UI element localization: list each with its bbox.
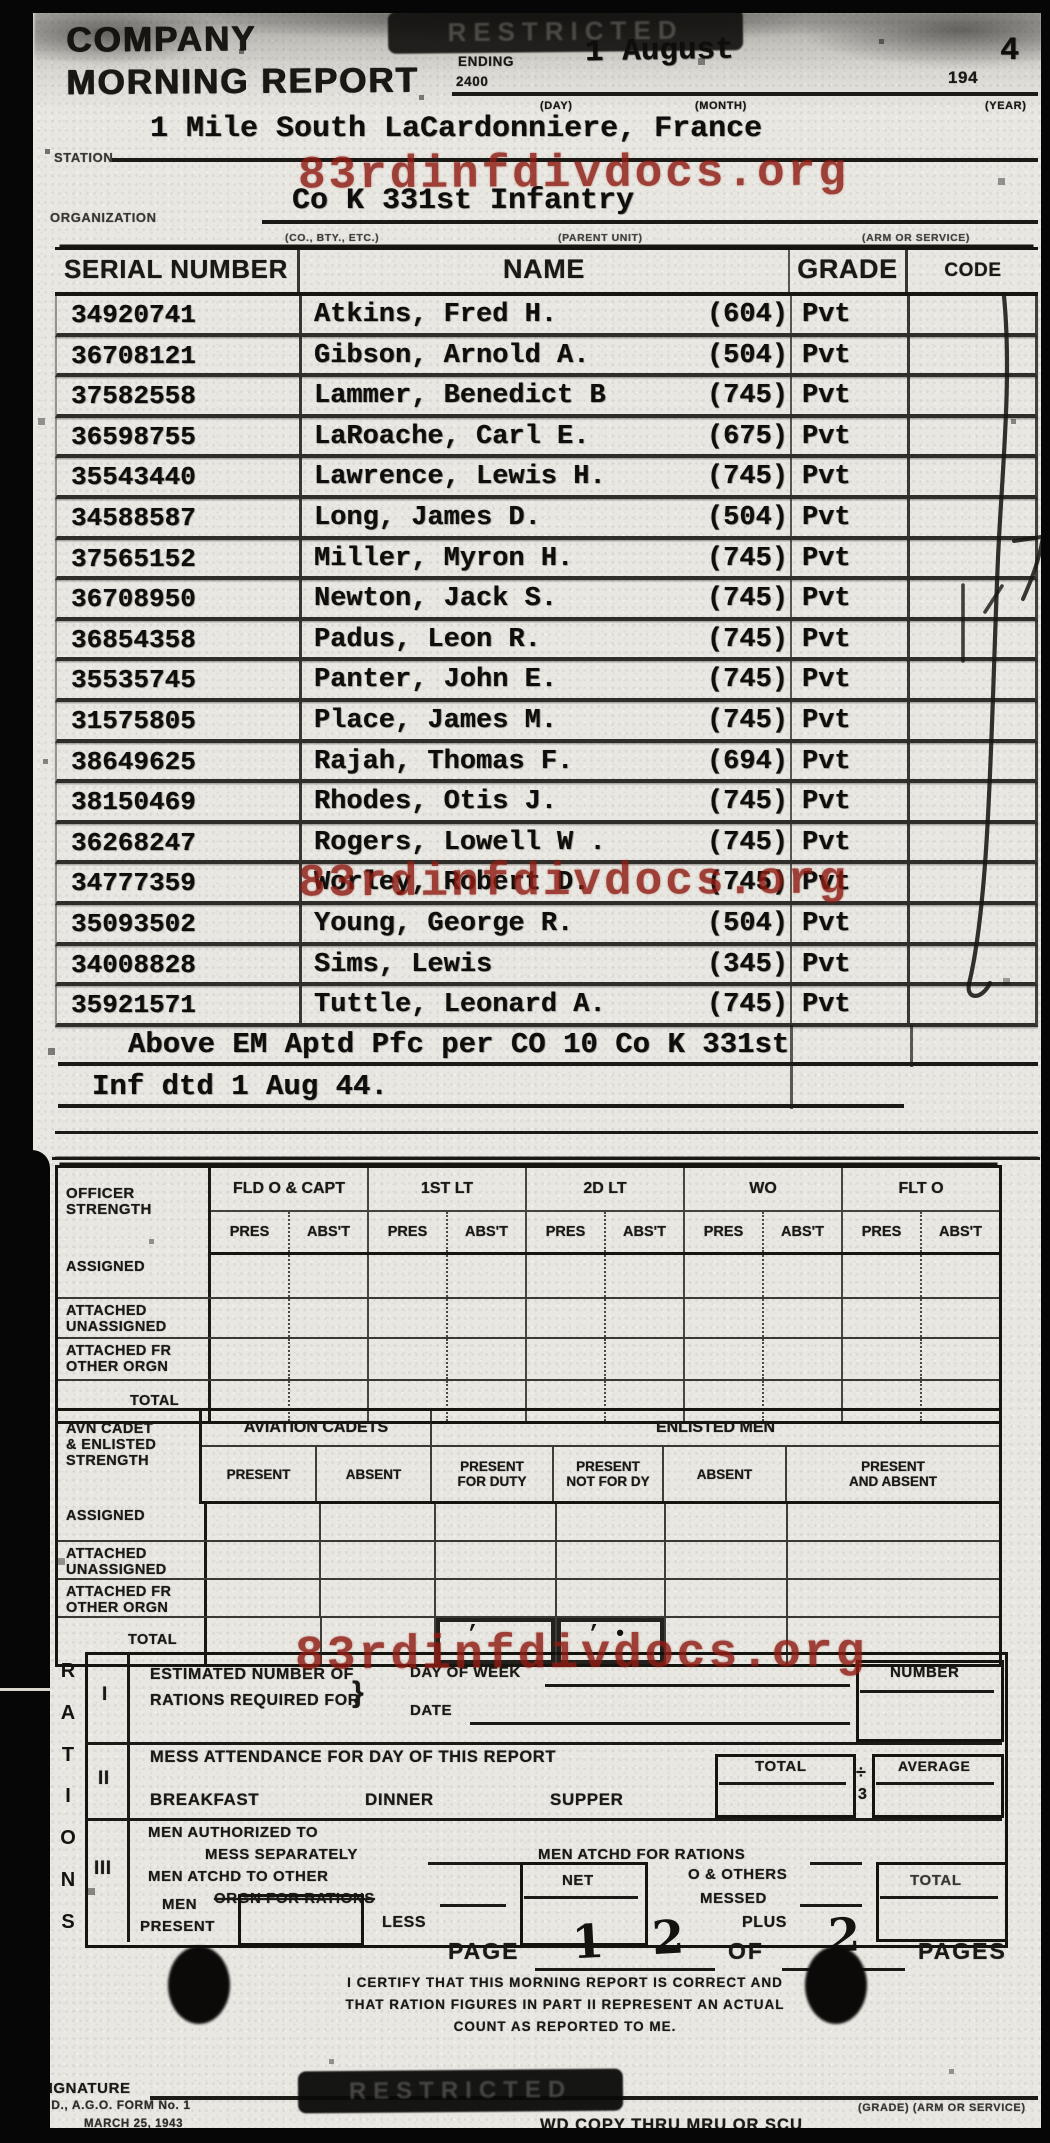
- rations3-less-label: LESS: [382, 1914, 426, 1932]
- soldier-name: Young, George R.(504): [302, 905, 792, 942]
- soldier-name: Rhodes, Otis J.(745): [302, 783, 792, 820]
- rations-vertical-letter: I: [56, 1785, 80, 1808]
- mos-spec-number: (745): [707, 580, 788, 618]
- rations-numeral-2: II: [98, 1768, 110, 1790]
- officer-data-cell: [922, 1299, 999, 1337]
- rations-vertical-letter: N: [56, 1869, 80, 1892]
- enlisted-men-header: ENLISTED MEN: [432, 1411, 999, 1445]
- morning-report-scan: RESTRICTED COMPANY MORNING REPORT ENDING…: [0, 0, 1050, 2143]
- officer-group-2: 1ST LT: [369, 1168, 527, 1210]
- officer-group-3: 2D LT: [527, 1168, 685, 1210]
- enlisted-row-assigned: ASSIGNED: [58, 1504, 999, 1542]
- grade-value: Pvt: [792, 946, 910, 983]
- rations-numeral-divider: [127, 1652, 130, 1942]
- mos-spec-number: (504): [707, 905, 788, 943]
- remark-line1: Above EM Aptd Pfc per CO 10 Co K 331st: [128, 1028, 789, 1061]
- serial-number: 36708950: [57, 580, 302, 617]
- rations3-others2: MESSED: [700, 1890, 767, 1907]
- enlisted-data-cell: [788, 1542, 999, 1578]
- certification-text: I CERTIFY THAT THIS MORNING REPORT IS CO…: [330, 1972, 800, 2038]
- roster-row: 36598755LaRoache, Carl E.(675)Pvt: [55, 418, 1038, 459]
- rations2-total-line: [719, 1782, 846, 1785]
- soldier-name: Rajah, Thomas F.(694): [302, 743, 792, 780]
- mos-spec-number: (694): [707, 743, 788, 781]
- serial-number: 36268247: [57, 824, 302, 861]
- rations-vertical-letter: S: [56, 1911, 80, 1934]
- org-sublabel-parent: (PARENT UNIT): [558, 232, 643, 244]
- rations2-average-line: [876, 1782, 994, 1785]
- enlisted-col-header-2: ABSENT: [317, 1447, 432, 1501]
- org-sublabel-arm: (ARM OR SERVICE): [862, 232, 970, 244]
- watermark-top: 83rdinfdivdocs.org: [298, 147, 849, 202]
- rations3-atchdfor: MEN ATCHD FOR RATIONS: [538, 1846, 745, 1863]
- certify-line2: THAT RATION FIGURES IN PART II REPRESENT…: [330, 1994, 800, 2016]
- roster-row: 37582558Lammer, Benedict B(745)Pvt: [55, 377, 1038, 418]
- enlisted-row-label: TOTAL: [58, 1618, 207, 1664]
- roster-header-row: SERIAL NUMBER NAME GRADE CODE: [55, 247, 1038, 296]
- officer-data-cell: [764, 1299, 843, 1337]
- code-cell: [910, 540, 1035, 577]
- rations3-others-line: [800, 1904, 862, 1907]
- serial-number: 36854358: [57, 621, 302, 658]
- officer-strength-table: OFFICERSTRENGTHFLD O & CAPT1ST LT2D LTWO…: [55, 1165, 1002, 1424]
- enlisted-data-cell: [436, 1504, 557, 1540]
- punch-hole-right: [805, 1946, 867, 2024]
- mos-spec-number: (604): [707, 296, 788, 334]
- rations1-label2: RATIONS REQUIRED FOR: [150, 1692, 360, 1710]
- code-cell: [910, 824, 1035, 861]
- officer-data-cell: [211, 1299, 290, 1337]
- enlisted-data-cell: [321, 1504, 435, 1540]
- punch-hole-left: [168, 1946, 230, 2024]
- officer-table-toprule: [52, 1157, 1040, 1160]
- serial-number: 34588587: [57, 499, 302, 536]
- of-label: OF: [728, 1938, 764, 1965]
- rations3-auth2: MESS SEPARATELY: [205, 1846, 358, 1863]
- page-number-entry: 1 2: [571, 1909, 702, 1970]
- roster-rows: 34920741Atkins, Fred H.(604)Pvt36708121G…: [55, 296, 1038, 1027]
- roster-row: 31575805Place, James M.(745)Pvt: [55, 702, 1038, 743]
- code-cell: [910, 702, 1035, 739]
- enlisted-data-cell: [207, 1542, 321, 1578]
- rations3-net-line: [524, 1896, 638, 1899]
- enlisted-row-attached: ATTACHEDUNASSIGNED: [58, 1542, 999, 1580]
- officer-subheader-row: PRESABS'TPRESABS'TPRESABS'TPRESABS'TPRES…: [211, 1212, 999, 1255]
- rations3-total-line: [880, 1896, 998, 1899]
- rations3-atchdfor-line: [810, 1862, 862, 1865]
- officer-data-cell: [369, 1339, 448, 1379]
- officer-row-assigned: ASSIGNED: [58, 1255, 999, 1299]
- officer-data-cell: [448, 1299, 527, 1337]
- grade-value: Pvt: [792, 621, 910, 658]
- enlisted-data-cell: [666, 1504, 788, 1540]
- code-cell: [910, 418, 1035, 455]
- form-title-line2: MORNING REPORT: [66, 61, 419, 103]
- rations2-divide-sign: ÷: [856, 1762, 866, 1783]
- serial-number: 37582558: [57, 377, 302, 414]
- mos-spec-number: (745): [707, 661, 788, 699]
- code-cell: [910, 337, 1035, 374]
- roster-row: 36708950Newton, Jack S.(745)Pvt: [55, 580, 1038, 621]
- officer-header: OFFICERSTRENGTHFLD O & CAPT1ST LT2D LTWO…: [58, 1168, 999, 1255]
- rations-numeral-1: I: [102, 1684, 108, 1706]
- form-number-line1: W.D., A.G.O. FORM No. 1: [36, 2098, 191, 2112]
- code-cell: [910, 296, 1035, 333]
- rations1-date-label: DATE: [410, 1702, 452, 1719]
- restricted-stamp-top: RESTRICTED: [388, 8, 743, 54]
- rations2-divide-by: 3: [858, 1786, 868, 1804]
- rations1-date-line: [470, 1722, 850, 1725]
- serial-number: 31575805: [57, 702, 302, 739]
- rations-numeral-3: III: [94, 1858, 112, 1880]
- grade-value: Pvt: [792, 418, 910, 455]
- certify-line3: COUNT AS REPORTED TO ME.: [330, 2016, 800, 2038]
- officer-data-cell: [685, 1299, 764, 1337]
- scan-edge-left-wide: [0, 1150, 50, 2143]
- officer-data-cell: [764, 1339, 843, 1379]
- soldier-name: Lawrence, Lewis H.(745): [302, 458, 792, 495]
- rations3-plus-label: PLUS: [742, 1914, 787, 1932]
- rations1-number-line: [860, 1690, 994, 1693]
- code-cell: [910, 986, 1035, 1023]
- rations-vertical-letter: R: [56, 1660, 80, 1683]
- org-sublabel-co: (CO., BTY., ETC.): [285, 232, 379, 244]
- code-cell: [910, 783, 1035, 820]
- officer-data-cell: [290, 1339, 369, 1379]
- day-sublabel: (DAY): [540, 100, 573, 112]
- roster-row: 37565152Miller, Myron H.(745)Pvt: [55, 540, 1038, 581]
- enlisted-row-label: ATTACHEDUNASSIGNED: [58, 1542, 207, 1578]
- soldier-name: Miller, Myron H.(745): [302, 540, 792, 577]
- officer-data-cell: [606, 1339, 685, 1379]
- rations2-dinner: DINNER: [365, 1790, 434, 1810]
- year-entry: 4: [1000, 32, 1019, 69]
- station-label: STATION: [54, 150, 113, 165]
- remark-underline1: [58, 1062, 1038, 1066]
- col-header-code: CODE: [908, 250, 1038, 292]
- officer-row-label: ASSIGNED: [58, 1255, 211, 1297]
- code-cell: [910, 377, 1035, 414]
- rations3-atchdother-line: [440, 1904, 506, 1907]
- col-header-name: NAME: [300, 250, 790, 292]
- month-sublabel: (MONTH): [695, 100, 747, 112]
- remark-vline-grade: [790, 1025, 793, 1109]
- rations2-label: MESS ATTENDANCE FOR DAY OF THIS REPORT: [150, 1748, 556, 1767]
- soldier-name: Place, James M.(745): [302, 702, 792, 739]
- mos-spec-number: (745): [707, 540, 788, 578]
- roster-row: 35543440Lawrence, Lewis H.(745)Pvt: [55, 458, 1038, 499]
- enlisted-data-cell: [788, 1580, 999, 1616]
- page-blank-line: [535, 1968, 715, 1971]
- soldier-name: Long, James D.(504): [302, 499, 792, 536]
- scan-edge-notch: [0, 1688, 50, 1691]
- roster-row: 35921571Tuttle, Leonard A.(745)Pvt: [55, 986, 1038, 1027]
- grade-value: Pvt: [792, 905, 910, 942]
- grade-value: Pvt: [792, 743, 910, 780]
- date-blank-line: [452, 92, 940, 96]
- year-blank-line: [940, 92, 1038, 96]
- rations3-total-label: TOTAL: [910, 1872, 962, 1889]
- soldier-name: Panter, John E.(745): [302, 661, 792, 698]
- officer-row-label: ATTACHED FROTHER ORGN: [58, 1339, 211, 1379]
- code-cell: [910, 743, 1035, 780]
- serial-number: 36708121: [57, 337, 302, 374]
- ending-label: ENDING: [458, 54, 514, 69]
- officer-group-4: WO: [685, 1168, 843, 1210]
- code-cell: [910, 458, 1035, 495]
- enlisted-col-header-4: PRESENTNOT FOR DY: [554, 1447, 664, 1501]
- station-entry: 1 Mile South LaCardonniere, France: [150, 112, 762, 146]
- grade-value: Pvt: [792, 377, 910, 414]
- mos-spec-number: (745): [707, 621, 788, 659]
- serial-number: 34920741: [57, 296, 302, 333]
- officer-data-cell: [527, 1299, 606, 1337]
- enlisted-subheader-row: PRESENTABSENTPRESENTFOR DUTYPRESENTNOT F…: [202, 1447, 999, 1504]
- enlisted-header-rows: AVIATION CADETSENLISTED MENPRESENTABSENT…: [202, 1411, 999, 1504]
- officer-data-cell: [764, 1255, 843, 1297]
- rations3-auth-line: [428, 1862, 520, 1865]
- enlisted-row-attached fr: ATTACHED FROTHER ORGN: [58, 1580, 999, 1618]
- code-cell: [910, 621, 1035, 658]
- blank-row-line: [55, 1131, 1038, 1134]
- officer-data-cell: [527, 1255, 606, 1297]
- enlisted-data-cell: [788, 1504, 999, 1540]
- organization-label: ORGANIZATION: [50, 210, 157, 225]
- rations2-average-label: AVERAGE: [898, 1758, 970, 1774]
- soldier-name: Gibson, Arnold A.(504): [302, 337, 792, 374]
- officer-pres-header: PRES: [527, 1212, 606, 1252]
- rations2-supper: SUPPER: [550, 1790, 624, 1810]
- enlisted-data-cell: [666, 1542, 788, 1578]
- officer-row-label: ATTACHEDUNASSIGNED: [58, 1299, 211, 1337]
- roster-row: 36854358Padus, Leon R.(745)Pvt: [55, 621, 1038, 662]
- mos-spec-number: (745): [707, 458, 788, 496]
- officer-pres-header: PRES: [369, 1212, 448, 1252]
- code-cell: [910, 499, 1035, 536]
- officer-data-cell: [843, 1299, 922, 1337]
- year-sublabel: (YEAR): [985, 100, 1027, 112]
- enlisted-data-cell: [207, 1580, 321, 1616]
- rations-vertical-label: RATIONS: [56, 1660, 80, 1934]
- officer-data-cell: [606, 1255, 685, 1297]
- serial-number: 35543440: [57, 458, 302, 495]
- organization-blank-line: [262, 220, 1038, 224]
- officer-data-cell: [922, 1339, 999, 1379]
- enlisted-col-header-5: ABSENT: [664, 1447, 787, 1501]
- ending-value: 2400: [456, 74, 488, 89]
- signature-label: SIGNATURE: [38, 2080, 131, 2097]
- officer-abst-header: ABS'T: [606, 1212, 685, 1252]
- mos-spec-number: (745): [707, 702, 788, 740]
- roster-row: 34588587Long, James D.(504)Pvt: [55, 499, 1038, 540]
- rations-row-divider1: [85, 1742, 1002, 1745]
- watermark-bottom: 83rdinfdivdocs.org: [295, 1627, 868, 1684]
- officer-data-cell: [527, 1339, 606, 1379]
- remark-underline2: [58, 1104, 904, 1108]
- serial-number: 35093502: [57, 905, 302, 942]
- serial-number: 35535745: [57, 661, 302, 698]
- serial-number: 35921571: [57, 986, 302, 1023]
- col-header-grade: GRADE: [790, 250, 908, 292]
- enlisted-data-cell: [321, 1542, 435, 1578]
- officer-data-cell: [211, 1255, 290, 1297]
- code-cell: [910, 661, 1035, 698]
- officer-data-cell: [843, 1255, 922, 1297]
- officer-data-cell: [369, 1299, 448, 1337]
- grade-value: Pvt: [792, 337, 910, 374]
- code-cell: [910, 946, 1035, 983]
- rations-vertical-letter: T: [56, 1744, 80, 1767]
- col-header-serial: SERIAL NUMBER: [55, 250, 300, 292]
- certify-line1: I CERTIFY THAT THIS MORNING REPORT IS CO…: [330, 1972, 800, 1994]
- enlisted-data-cell: [436, 1580, 557, 1616]
- rations-vertical-letter: O: [56, 1827, 80, 1850]
- roster-table: SERIAL NUMBER NAME GRADE CODE 34920741At…: [55, 247, 1038, 1027]
- officer-abst-header: ABS'T: [922, 1212, 999, 1252]
- officer-header-rows: FLD O & CAPT1ST LT2D LTWOFLT OPRESABS'TP…: [211, 1168, 999, 1255]
- officer-row-attached fr: ATTACHED FROTHER ORGN: [58, 1339, 999, 1381]
- officer-abst-header: ABS'T: [448, 1212, 527, 1252]
- scan-edge-right: [1041, 0, 1050, 2143]
- code-cell: [910, 580, 1035, 617]
- grade-value: Pvt: [792, 702, 910, 739]
- restricted-stamp-bottom: RESTRICTED: [298, 2069, 623, 2114]
- enlisted-col-header-1: PRESENT: [202, 1447, 317, 1501]
- soldier-name: Atkins, Fred H.(604): [302, 296, 792, 333]
- rations2-total-label: TOTAL: [755, 1758, 807, 1775]
- pages-label: PAGES: [918, 1938, 1007, 1965]
- serial-number: 37565152: [57, 540, 302, 577]
- officer-group-row: FLD O & CAPT1ST LT2D LTWOFLT O: [211, 1168, 999, 1212]
- enlisted-data-cell: [436, 1542, 557, 1578]
- enlisted-header: AVN CADET& ENLISTEDSTRENGTHAVIATION CADE…: [58, 1411, 999, 1504]
- page-label: PAGE: [448, 1938, 519, 1965]
- officer-data-cell: [685, 1255, 764, 1297]
- officer-data-cell: [211, 1339, 290, 1379]
- rations3-men-label: MEN: [162, 1896, 197, 1913]
- officer-data-cell: [685, 1339, 764, 1379]
- roster-row: 35535745Panter, John E.(745)Pvt: [55, 661, 1038, 702]
- grade-value: Pvt: [792, 296, 910, 333]
- enlisted-corner-label: AVN CADET& ENLISTEDSTRENGTH: [58, 1411, 202, 1504]
- officer-data-cell: [369, 1255, 448, 1297]
- soldier-name: Tuttle, Leonard A.(745): [302, 986, 792, 1023]
- grade-arm-sublabel: (GRADE) (ARM OR SERVICE): [858, 2102, 1026, 2114]
- enlisted-data-cell: [557, 1542, 666, 1578]
- enlisted-data-cell: [207, 1504, 321, 1540]
- roster-row: 38649625Rajah, Thomas F.(694)Pvt: [55, 743, 1038, 784]
- enlisted-col-header-3: PRESENTFOR DUTY: [432, 1447, 554, 1501]
- officer-group-5: FLT O: [843, 1168, 999, 1210]
- rations-vertical-letter: A: [56, 1702, 80, 1725]
- code-cell: [910, 864, 1035, 901]
- soldier-name: Lammer, Benedict B(745): [302, 377, 792, 414]
- grade-value: Pvt: [792, 458, 910, 495]
- roster-row: 34008828Sims, Lewis(345)Pvt: [55, 946, 1038, 987]
- aviation-cadets-header: AVIATION CADETS: [202, 1411, 432, 1445]
- grade-value: Pvt: [792, 580, 910, 617]
- grade-value: Pvt: [792, 986, 910, 1023]
- officer-data-cell: [290, 1299, 369, 1337]
- grade-value: Pvt: [792, 783, 910, 820]
- rations3-auth1: MEN AUTHORIZED TO: [148, 1824, 318, 1841]
- serial-number: 38150469: [57, 783, 302, 820]
- scan-edge-bottom: [0, 2128, 1050, 2143]
- mos-spec-number: (745): [707, 986, 788, 1024]
- code-cell: [910, 905, 1035, 942]
- rations1-day-line: [545, 1684, 850, 1687]
- enlisted-data-cell: [557, 1504, 666, 1540]
- grade-value: Pvt: [792, 540, 910, 577]
- enlisted-data-cell: [666, 1580, 788, 1616]
- roster-row: 38150469Rhodes, Otis J.(745)Pvt: [55, 783, 1038, 824]
- remark-vline-code: [910, 1025, 913, 1067]
- officer-abst-header: ABS'T: [290, 1212, 369, 1252]
- enlisted-group-row: AVIATION CADETSENLISTED MEN: [202, 1411, 999, 1447]
- roster-row: 35093502Young, George R.(504)Pvt: [55, 905, 1038, 946]
- rations2-breakfast: BREAKFAST: [150, 1790, 259, 1810]
- watermark-middle: 83rdinfdivdocs.org: [298, 855, 849, 910]
- officer-pres-header: PRES: [843, 1212, 922, 1252]
- mos-spec-number: (504): [707, 499, 788, 537]
- mos-spec-number: (745): [707, 783, 788, 821]
- rations3-present-label: PRESENT: [140, 1918, 215, 1935]
- roster-row: 36708121Gibson, Arnold A.(504)Pvt: [55, 337, 1038, 378]
- soldier-name: LaRoache, Carl E.(675): [302, 418, 792, 455]
- mos-spec-number: (745): [707, 377, 788, 415]
- enlisted-row-label: ATTACHED FROTHER ORGN: [58, 1580, 207, 1616]
- serial-number: 34777359: [57, 864, 302, 901]
- roster-row: 34920741Atkins, Fred H.(604)Pvt: [55, 296, 1038, 337]
- officer-group-1: FLD O & CAPT: [211, 1168, 369, 1210]
- serial-number: 34008828: [57, 946, 302, 983]
- rations3-atchdother1: MEN ATCHD TO OTHER: [148, 1868, 329, 1885]
- rations3-others1: O & OTHERS: [688, 1866, 787, 1883]
- rations3-present-box: [238, 1894, 364, 1946]
- soldier-name: Sims, Lewis(345): [302, 946, 792, 983]
- remark-line2: Inf dtd 1 Aug 44.: [92, 1070, 388, 1103]
- officer-data-cell: [448, 1339, 527, 1379]
- mos-spec-number: (675): [707, 418, 788, 456]
- enlisted-col-header-6: PRESENTAND ABSENT: [787, 1447, 999, 1501]
- grade-value: Pvt: [792, 499, 910, 536]
- serial-number: 38649625: [57, 743, 302, 780]
- officer-pres-header: PRES: [685, 1212, 764, 1252]
- grade-value: Pvt: [792, 661, 910, 698]
- serial-number: 36598755: [57, 418, 302, 455]
- officer-data-cell: [606, 1299, 685, 1337]
- officer-corner-label: OFFICERSTRENGTH: [58, 1168, 211, 1255]
- officer-data-cell: [843, 1339, 922, 1379]
- soldier-name: Newton, Jack S.(745): [302, 580, 792, 617]
- officer-data-cell: [922, 1255, 999, 1297]
- officer-data-cell: [448, 1255, 527, 1297]
- rations3-net-label: NET: [562, 1872, 594, 1889]
- officer-pres-header: PRES: [211, 1212, 290, 1252]
- officer-row-attached: ATTACHEDUNASSIGNED: [58, 1299, 999, 1339]
- officer-data-cell: [290, 1255, 369, 1297]
- enlisted-data-cell: [321, 1580, 435, 1616]
- officer-abst-header: ABS'T: [764, 1212, 843, 1252]
- soldier-name: Padus, Leon R.(745): [302, 621, 792, 658]
- year-prefix: 194: [948, 68, 978, 88]
- mos-spec-number: (504): [707, 337, 788, 375]
- enlisted-data-cell: [557, 1580, 666, 1616]
- scan-edge-top: [0, 0, 1050, 13]
- rations-row-divider2: [85, 1818, 1002, 1821]
- mos-spec-number: (345): [707, 946, 788, 984]
- form-title-line1: COMPANY: [66, 19, 257, 60]
